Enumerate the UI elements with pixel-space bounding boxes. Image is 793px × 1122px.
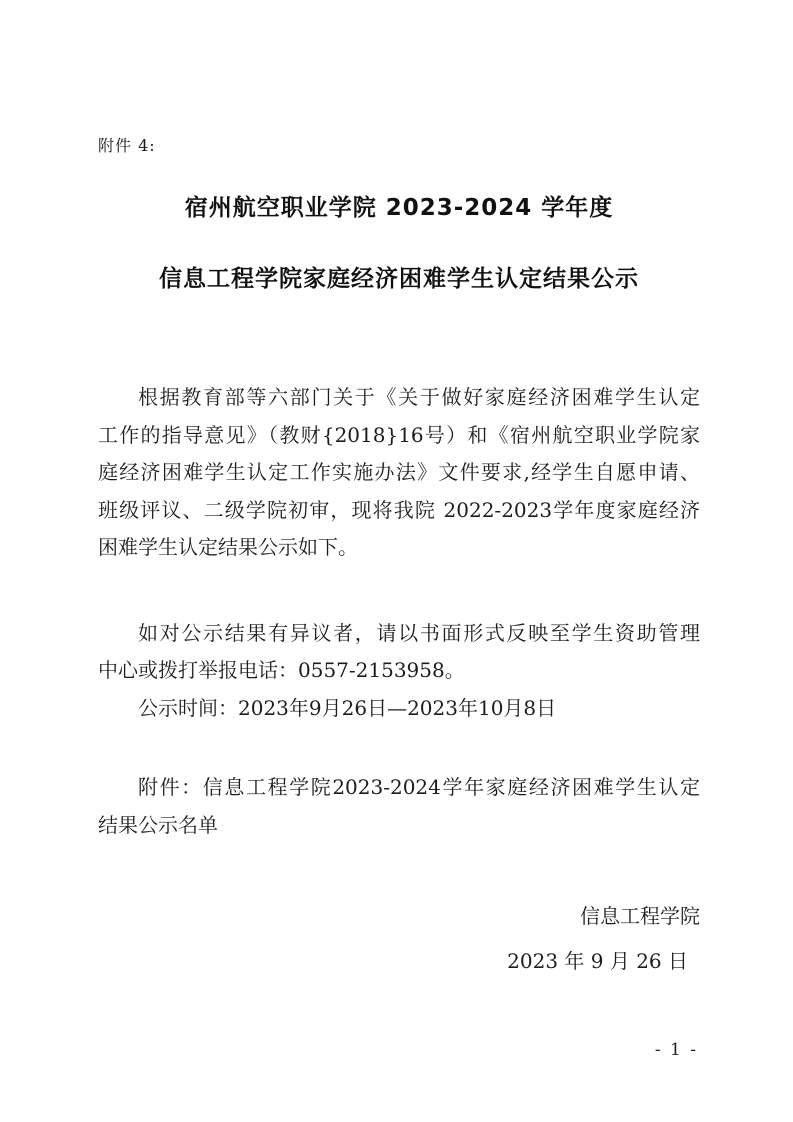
paragraph-1-line: 工作的指导意见》（教财{2018}16号）和《宿州航空职业学院家 <box>98 417 700 455</box>
paragraph-1-line: 困难学生认定结果公示如下。 <box>98 529 700 567</box>
paragraph-1: 根据教育部等六部门关于《关于做好家庭经济困难学生认定 工作的指导意见》（教财{2… <box>98 379 700 567</box>
paragraph-3: 附件：信息工程学院2023-2024学年家庭经济困难学生认定 结果公示名单 <box>98 769 700 844</box>
paragraph-1-line: 根据教育部等六部门关于《关于做好家庭经济困难学生认定 <box>98 379 700 417</box>
document-page: 附件 4: 宿州航空职业学院 2023-2024 学年度 信息工程学院家庭经济困… <box>0 0 793 1122</box>
document-content: 附件 4: 宿州航空职业学院 2023-2024 学年度 信息工程学院家庭经济困… <box>98 0 700 984</box>
signature-date: 2023 年 9 月 26 日 <box>98 939 700 984</box>
paragraph-2: 如对公示结果有异议者，请以书面形式反映至学生资助管理 中心或拨打举报电话：055… <box>98 615 700 728</box>
attachment-reference-line: 结果公示名单 <box>98 807 700 845</box>
attachment-note: 附件 4: <box>98 133 700 156</box>
paragraph-2-line: 中心或拨打举报电话：0557-2153958。 <box>98 652 700 690</box>
paragraph-1-line: 庭经济困难学生认定工作实施办法》文件要求,经学生自愿申请、 <box>98 454 700 492</box>
page-number: - 1 - <box>655 1040 698 1060</box>
document-body: 根据教育部等六部门关于《关于做好家庭经济困难学生认定 工作的指导意见》（教财{2… <box>98 379 700 984</box>
paragraph-1-line: 班级评议、二级学院初审，现将我院 2022-2023学年度家庭经济 <box>98 492 700 530</box>
signature-block: 信息工程学院 2023 年 9 月 26 日 <box>98 894 700 984</box>
signature-organization: 信息工程学院 <box>98 894 700 939</box>
attachment-reference-line: 附件：信息工程学院2023-2024学年家庭经济困难学生认定 <box>98 769 700 807</box>
publicity-period-line: 公示时间：2023年9月26日—2023年10月8日 <box>98 690 700 728</box>
document-title-line1: 宿州航空职业学院 2023-2024 学年度 <box>98 189 700 222</box>
document-title-line2: 信息工程学院家庭经济困难学生认定结果公示 <box>98 260 700 293</box>
paragraph-2-line: 如对公示结果有异议者，请以书面形式反映至学生资助管理 <box>98 615 700 653</box>
